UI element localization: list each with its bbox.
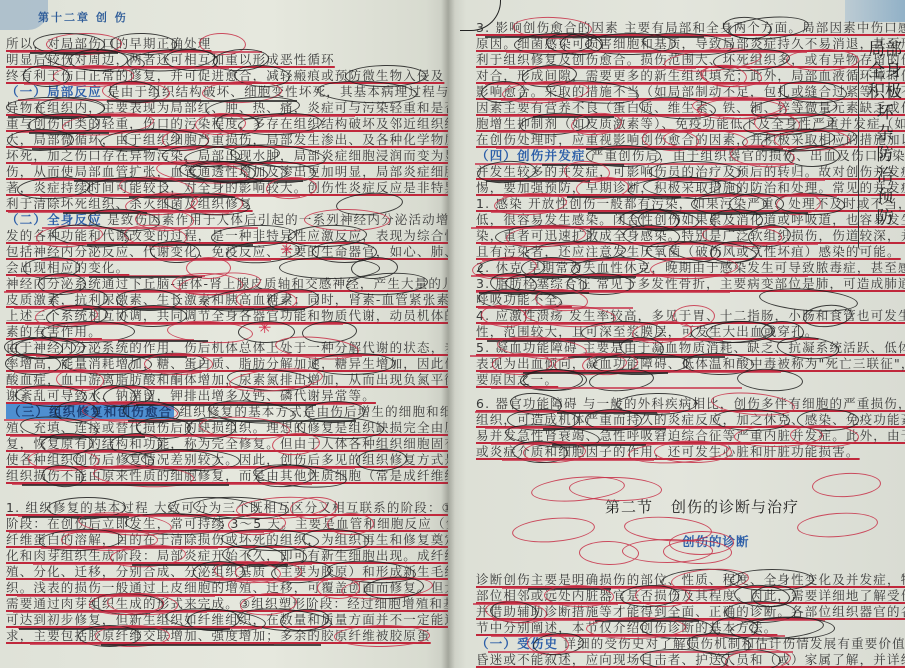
text-line: 昏迷或不能叙述，应向现场目击者、护送人员和（或）家属了解，并详细记录 (476, 652, 905, 668)
pen-underline (475, 163, 794, 165)
pen-underline (136, 404, 316, 406)
pen-underline (525, 276, 636, 278)
text-line: 惕，要加强预防，早期诊断，积极采取措施的防治和处理。常见的并发症有以下几种： (476, 180, 905, 196)
pen-underline (41, 259, 271, 261)
text-line: 1. 感染 开放性创伤一般都有污染，如果污染严重、处理不及时或不当，加之免疫功能… (476, 196, 905, 212)
pen-underline (87, 244, 252, 246)
text-line: 易并发急性肾衰竭、急性呼吸窘迫综合征等严重内脏并发症。此外，由于缺血缺氧、毒性产… (476, 428, 905, 444)
pen-underline (11, 387, 210, 389)
pen-underline (107, 100, 298, 102)
pen-underline (568, 356, 724, 358)
text-line: 率增高，能量消耗增加，糖、蛋白质、脂肪分解加速，糖异生增加，因此伤后常出现高血糖… (6, 356, 448, 372)
text-line: 殖、充填、连接或替代损伤后的缺损组织。理想的修复是组织缺损完全由原来性质的细胞来… (6, 420, 448, 436)
text-line: 原因。细菌感染可损害细胞和基质，导致局部炎症持久不易消退，甚至形成化脓性病灶等，… (476, 36, 905, 52)
text-line: 坏死，加之伤口存在异物污染，局部出现水肿，局部炎症细胞浸润而变为显 (6, 148, 448, 164)
pen-underline (542, 164, 623, 166)
text-line: 包括神经内分泌反应、代谢变化、免疫反应、主要的生命器官，如心、肺、肾、肝 (6, 244, 448, 260)
pen-underline (491, 635, 785, 637)
text-line: 素的有害作用。 (6, 324, 102, 340)
subheading: （二）全身反应 (6, 212, 102, 227)
text-line: 会出现相应的变化。 (6, 260, 129, 276)
pen-underline (31, 163, 263, 165)
pen-underline (63, 212, 148, 214)
pen-underline (478, 307, 633, 309)
pen-underline (14, 371, 202, 373)
text-line: 低，很容易发生感染。闭合性创伤如果累及消化道或呼吸道，也容易发生感染。初期可为局… (476, 212, 905, 228)
pen-underline (101, 644, 322, 646)
pen-underline (118, 340, 208, 342)
text-line: 神经内分泌系统通过下丘脑-垂体-肾上腺皮质轴和交感神经，产生大量的儿茶酚胺、肾上… (6, 276, 448, 292)
text-line: 皮质激素，抗利尿激素、生长激素和胰高血糖素；同时，肾素-血管紧张素-醛固酮系统也… (6, 292, 448, 308)
subsection-title: 创伤的诊断 (682, 532, 750, 550)
margin-note-char: 防 (868, 145, 902, 166)
pen-underline (473, 603, 619, 605)
text-line: 或炎症介质和细胞因子的作用，还可发生心脏和肝脏功能损害。 (476, 444, 860, 460)
text-line: 呼吸功能不全。 (476, 292, 572, 308)
pen-underline (40, 436, 145, 438)
pen-underline (22, 516, 129, 518)
pen-underline (543, 428, 665, 430)
text-line: 节中分别阐述，本节仅介绍创伤诊断的基本方法。 (476, 620, 777, 636)
pen-underline (528, 588, 611, 590)
pen-underline (83, 308, 304, 310)
text-line: 1. 组织修复的基本过程 大致可分为三个既相互区分又相互联系的阶段：①局部炎症反… (6, 500, 448, 516)
pen-underline (129, 196, 236, 198)
pen-underline (509, 67, 696, 69)
pen-underline (586, 148, 783, 150)
pen-underline (24, 451, 180, 453)
section-heading: 创伤的诊断与治疗 (671, 498, 799, 516)
text-line: 胞增生抑制剂（如皮质激素等）、免疫功能低下及全身性严重并发症（如多器官功能不全）… (476, 116, 905, 132)
pen-underline (41, 67, 229, 69)
pen-underline (485, 36, 703, 38)
subheading: （四）创伤并发症 (476, 148, 586, 163)
text-line: 且有污染者，还应注意发生厌氧菌（破伤风或气性坏疽）感染的可能。 (476, 244, 901, 260)
text-line: 组织损伤不能由原来性质的细胞修复，而是由其他性质细胞（常是成纤维细胞）增生替代来 (6, 468, 448, 484)
text-line: 织。浅表的损伤一般通过上皮细胞的增殖、迁移，可覆盖创面而修复。但大多数软组织损伤… (6, 580, 448, 596)
pen-underline (595, 620, 700, 622)
pen-underline (89, 276, 201, 278)
running-head: 第十二章 创 伤 (38, 9, 128, 25)
pen-underline (17, 595, 215, 597)
text-line: 在创伤处理时，应重视影响创伤愈合的因素，并积极采取相应的措施加以纠正。 (476, 132, 905, 148)
text-line: 利于清除坏死组织、杀灭细菌及组织修复 (6, 196, 253, 212)
section-number: 第二节 (605, 498, 653, 516)
margin-note-char: 杂 (868, 124, 902, 145)
text-line: 复，恢复原有的结构和功能，称为完全修复。但由于人体各种组织细胞固有的再生增殖能力 (6, 436, 448, 452)
pen-underline (501, 99, 792, 101)
text-line: 需要通过肉芽组织生成的形式来完成。③组织塑形阶段：经过细胞增殖和基质沉积，伤处组… (6, 596, 448, 612)
pen-underline (486, 180, 590, 182)
text-line: （一）受伤史 详细的受伤史对了解损伤机制和估计伤情发展有重要价值。若伤员 (476, 636, 905, 652)
text-line: 求，主要包括胶原纤维交联增加、强度增加；多余的胶原纤维被胶原蛋 (6, 628, 431, 644)
text-line: 阶段：在创伤后立即发生，常可持续 3～5 天。主要是血管和细胞反应（免疫应答）、… (6, 516, 448, 532)
pen-underline (491, 387, 742, 389)
text-line: （四）创伤并发症 严重创伤后，由于组织器官的损伤、出血及伤口污染，可引起代谢紊乱… (476, 148, 905, 164)
text-line: 发的各种功能和代谢改变的过程，是一种非特异性应激反应，表现为综合性的复杂过程，大… (6, 228, 448, 244)
text-line: 利于组织修复及创伤愈合。损伤范围大、坏死组织多，或有异物存留的伤口，伤缘往往不能… (476, 52, 905, 68)
text-line: 性，范围较大，且可深至浆膜层，可发生大出血或穿孔。 (476, 324, 819, 340)
pen-underline (506, 51, 807, 53)
text-line: 5. 凝血功能障碍 主要是由于凝血物质消耗、缺乏、抗凝系统活跃、低体温和酸中毒等… (476, 340, 905, 356)
pen-underline (497, 131, 692, 133)
subheading: （一）受伤史 (476, 636, 558, 651)
text-line: 大，局部微循环，由于组织细胞严重损伤，局部发生渗出、及各种化学物质生成而造成的扩… (6, 132, 448, 148)
text-line: 著，炎症持续时间可能较长，对全身的影响较大。创伤性炎症反应是非特异性的防御反应，… (6, 180, 448, 196)
pen-underline (488, 651, 793, 653)
text-line: （二）全身反应 是致伤因素作用于人体后引起的一系列神经内分泌活动增强，并由此而引 (6, 212, 448, 228)
text-line: 影响愈合。采取的措施不当（如局部制动不足，包扎或缝合过紧等）也不利于组织修复。全… (476, 84, 905, 100)
subheading: （三）组织修复和创伤愈合 (6, 404, 174, 419)
pen-underline (481, 243, 818, 245)
text-line: （一）局部反应 是由于组织结构破坏、细胞变性坏死，其基本病理过程与一般炎症相同。… (6, 84, 448, 100)
pen-underline (481, 323, 659, 325)
margin-brace (858, 60, 865, 250)
pen-underline (557, 412, 657, 414)
handwritten-margin-note: 局部全身积极坏杂防治预防 (868, 40, 902, 229)
pen-underline (485, 83, 769, 85)
page-corner-tab-right (845, 0, 905, 22)
text-line: 终有利于伤口正常的修复，并可促进愈合，减轻瘢痕或预防微生物入侵及 (6, 68, 444, 84)
text-line: 2. 休克 早期常为失血性休克，晚期由于感染发生可导致脓毒症，甚至感染性休克。 (476, 260, 905, 276)
pen-underline (22, 484, 229, 486)
pen-underline (533, 116, 615, 118)
text-line: 并发生较多的并发症，可影响伤员的治疗及预后的转归。故对创伤并发症应有足够的警 (476, 164, 905, 180)
red-scribble-mark: ✳ (258, 318, 271, 337)
text-line: 谢紊乱可导致水、钠潴留，钾排出增多及钙、磷代谢异常等。 (6, 388, 376, 404)
margin-note-char: 全身 (868, 61, 902, 82)
pen-underline (588, 212, 808, 214)
pen-underline (590, 228, 752, 230)
pen-underline (25, 323, 343, 325)
pen-underline (479, 292, 589, 294)
text-line: 6. 器官功能障碍 与一般的外科疾病相比，创伤多伴有细胞的严重损伤，存在大量的坏… (476, 396, 905, 412)
pen-underline (41, 547, 218, 549)
pen-underline (32, 148, 158, 150)
margin-note-char: 坏 (868, 103, 902, 124)
section-title: 第二节创伤的诊断与治疗 (605, 496, 817, 517)
text-line: 纤维蛋白的溶解，目的在于清除损伤或坏死的组织，为组织再生和修复奠定基础。②细胞增… (6, 532, 448, 548)
text-line: 殖、分化、迁移，分别合成、分泌组织基质（主要为胶原）和形成新生毛细血管，并共同构… (6, 564, 448, 580)
text-line: 上述三个系统相互协调，共同调节全身各器官功能和物质代谢，动员机体的代偿能力，以对… (6, 308, 448, 324)
margin-note-char: 防 (868, 208, 902, 229)
pen-underline (74, 180, 303, 182)
pen-underline (24, 83, 252, 85)
book-spread: 第十二章 创 伤 所以，对局部伤口的早期正确处理明显后较伤对周边，两者还可相互加… (0, 0, 905, 668)
pen-underline (42, 227, 258, 229)
text-line: 并借助辅助诊断措施等才能得到全面、正确的诊断。各部位组织器官的各种不同损伤，将在… (476, 604, 905, 620)
pen-underline (49, 356, 187, 358)
text-line: 对合，形成间隙，需要更多的新生组织填充；此外，局部血液循环障碍使组织缺血缺氧，也… (476, 68, 905, 84)
pen-underline (30, 52, 118, 54)
pen-underline (8, 116, 111, 118)
text-line: 明显后较伤对周边，两者还可相互加重以形成恶性循环 (6, 52, 335, 68)
text-line: 部位相邻或远处内脏器官是否损伤及其程度。因此，需要详细地了解受伤史，仔细地全身检… (476, 588, 905, 604)
pen-underline (132, 564, 288, 566)
pen-underline (128, 420, 356, 422)
text-line: （三）组织修复和创伤愈合 组织修复的基本方式是由伤后增生的细胞和细胞间质再生增 (6, 404, 448, 420)
pen-underline (19, 628, 230, 630)
pen-underline (42, 579, 329, 581)
text-line: 表现为出血倾向，凝血功能障碍、低体温和酸中毒被称为"死亡三联征"，是重症创伤死亡… (476, 356, 905, 372)
text-line: 所以，对局部伤口的早期正确处理 (6, 36, 212, 52)
text-line: 染，重者可迅速扩散成全身感染。特别是广泛软组织损伤，伤道较深，并有大量坏死组织存… (476, 228, 905, 244)
pen-underline (567, 196, 681, 198)
book-gutter (441, 0, 455, 668)
margin-note-char: 局部 (868, 40, 902, 61)
pen-underline (552, 444, 645, 446)
text-line: 3. 脂肪栓塞综合征 常见于多发性骨折，主要病变部位是肺，可造成肺通气功能障碍甚… (476, 276, 905, 292)
pen-underline (34, 467, 355, 469)
text-line: 由于神经内分泌系统的作用，伤后机体总体上处于一种分解代谢的状态，表现为基础代谢 (6, 340, 448, 356)
margin-note-char: 积极 (868, 82, 902, 103)
pen-underline (487, 340, 633, 342)
text-line: 酸血症，血中游离脂肪酸和酮体增加，尿素氮排出增加，从而出现负氮平衡状态。水、电解… (6, 372, 448, 388)
text-line: 重与创伤同类的轻重，伤口的污染程度，多存在组织结构破坏及邻近组织细胞严重变性 (6, 116, 448, 132)
text-line: 诊断创伤主要是明确损伤的部位、性质、程度、全身性变化及并发症，特别是原发损伤 (476, 572, 905, 588)
pen-underline (4, 291, 312, 293)
margin-note-char: 治 (868, 166, 902, 187)
text-line: 伤，从而使局部血管扩张，血管通透性增加及渗出更加明显，局部炎症细胞浸润更为显 (6, 164, 448, 180)
text-line: 可达到初步修复，但新生组织如纤维组织，在数量和质量方面并不一定能达到结构和功能的… (6, 612, 448, 628)
text-line: 4. 应激性溃疡 发生率较高，多见于胃、十二指肠，小肠和食管也可发生。溃疡可为多… (476, 308, 905, 324)
red-scribble-mark: ✳ (280, 240, 293, 259)
pen-underline (502, 459, 653, 461)
text-line: 因素主要有营养不良（蛋白质、维生素、铁、铜、锌等微量元素缺乏或代谢异常）、大量使… (476, 100, 905, 116)
margin-note-char: 预 (868, 187, 902, 208)
subheading: （一）局部反应 (6, 84, 102, 99)
text-line: 使各种组织创伤后修复情况差别较大。因此，创伤后多见的组织修复方式是不完全修复，即 (6, 452, 448, 468)
pen-underline (523, 372, 669, 374)
pen-underline (29, 132, 109, 134)
text-line: 3. 影响创伤愈合的因素 主要有局部和全身两个方面。局部因素中伤口感染是最常见的 (476, 20, 905, 36)
pen-underline (482, 259, 635, 261)
pen-underline (13, 611, 207, 613)
text-line: 组织，可造成机体严重而持久的炎症反应，加之休克、感染、免疫功能紊乱及全身因素的作… (476, 412, 905, 428)
pen-underline (9, 531, 265, 533)
text-line: 异物在组织内，主要表现为局部红、肿、热、痛，炎症可与污染轻重和是否有异物存在有 (6, 100, 448, 116)
text-line: 化和肉芽组织生成阶段：局部炎症开始不久，即可有新生细胞出现。成纤维细胞、内皮细胞… (6, 548, 448, 564)
pen-underline (471, 275, 807, 277)
text-line: 要原因之一。 (476, 372, 558, 388)
